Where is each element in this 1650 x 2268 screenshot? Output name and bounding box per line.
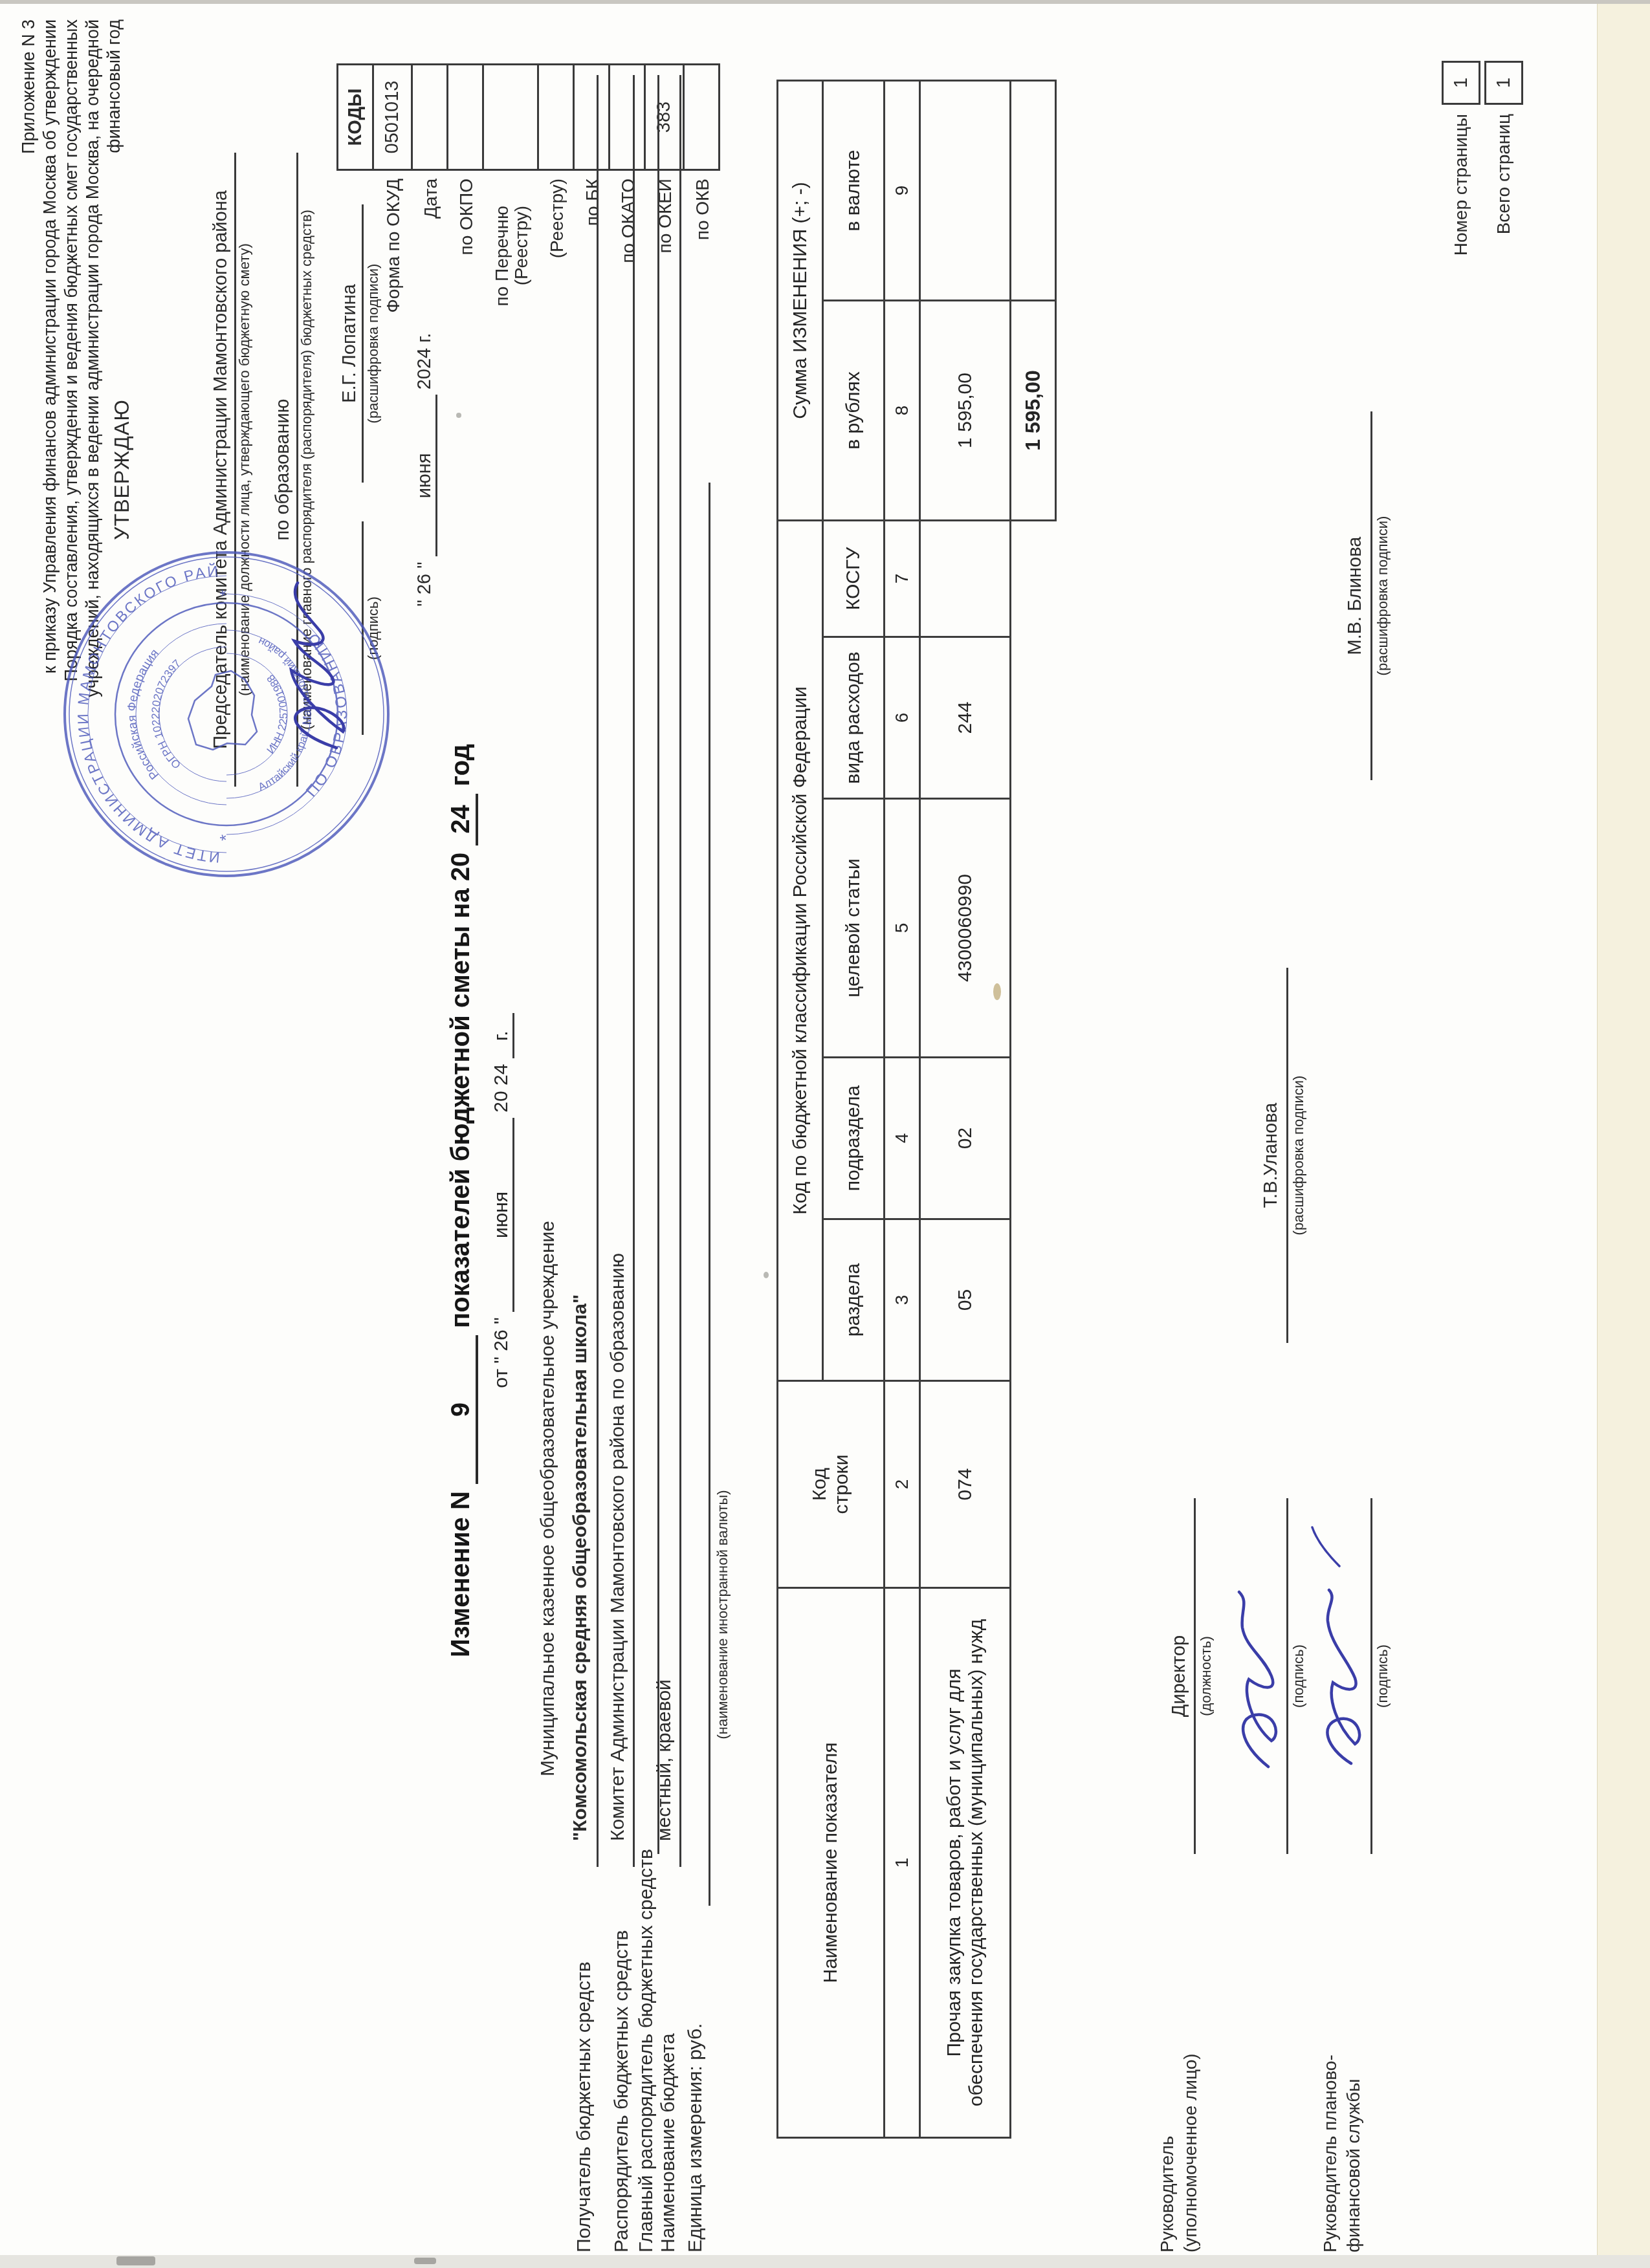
th-currency: в валюте (823, 81, 885, 301)
col-number: 2 (885, 1381, 920, 1588)
document-sheet: Приложение N 3 к приказу Управления фина… (0, 0, 1650, 2268)
fin-decode-caption: (расшифровка подписи) (1374, 411, 1391, 780)
total-pages-value: 1 (1484, 61, 1523, 105)
stamp-star-left: * (216, 834, 236, 841)
scan-speck (764, 1272, 769, 1278)
col-number: 8 (885, 301, 920, 521)
scan-edge-shadow (0, 2255, 1650, 2268)
title-year: 24 (446, 794, 478, 845)
appendix-line: к приказу Управления финансов администра… (39, 19, 61, 1067)
approval-date-day: " 26 " (414, 562, 435, 606)
codes-label-date: Дата (413, 171, 448, 361)
codes-label-reestr: (Реестру) (539, 171, 575, 361)
head-position-value: Директор (1169, 1498, 1190, 1854)
table-row: Прочая закупка товаров, работ и услуг дл… (920, 81, 1011, 2138)
th-vid: вида расходов (823, 637, 885, 799)
manager-value: Комитет Администрации Мамонтовского райо… (607, 1253, 629, 1841)
title-part2: показателей бюджетной сметы на 20 (446, 853, 475, 1328)
col-number: 5 (885, 799, 920, 1058)
budget-label: Наименование бюджета (657, 2033, 679, 2252)
unit-label: Единица измерения: руб. (685, 2023, 707, 2252)
cell-podrazdel: 02 (920, 1058, 1011, 1219)
codes-label-okud: Форма по ОКУД (374, 171, 413, 361)
fin-handwritten-signature (1306, 1582, 1374, 1776)
page-number-label: Номер страницы (1451, 105, 1471, 327)
approver-handwritten-signature (259, 567, 369, 761)
total-pages-label: Всего страниц (1493, 105, 1514, 327)
col-number: 3 (885, 1219, 920, 1381)
page-number-row: Номер страницы 1 (1442, 61, 1480, 327)
appendix-line: учреждений, находящихся в ведении админи… (82, 19, 104, 1067)
head-decode-caption: (расшифровка подписи) (1290, 968, 1307, 1343)
th-razdel: раздела (823, 1219, 885, 1381)
codes-label-bk: по БК (575, 171, 610, 361)
col-number: 4 (885, 1058, 920, 1219)
date-month: июня (490, 1118, 514, 1312)
th-podrazdel: подраздела (823, 1058, 885, 1219)
stamp-map-outline (188, 671, 257, 750)
th-target: целевой статьи (823, 799, 885, 1058)
codes-value-reestr (539, 63, 575, 171)
svg-text:ОГРН 1022202072397: ОГРН 1022202072397 (149, 657, 183, 771)
budget-value: местный, краевой (654, 1679, 676, 1841)
recipient-label: Получатель бюджетных средств (573, 1961, 595, 2252)
recipient-value-line2: "Комсомольская средняя общеобразовательн… (569, 1294, 591, 1841)
total-currency (1011, 81, 1056, 301)
unit-underline (709, 483, 710, 1906)
fin-sign-caption: (подпись) (1374, 1498, 1391, 1854)
scan-speck (993, 983, 1001, 1000)
manager-label: Распорядитель бюджетных средств (611, 1930, 633, 2252)
head-signer-label: Руководитель (уполномоченное лицо) (1156, 2053, 1202, 2252)
th-kbk-group: Код по бюджетной классификации Российско… (778, 521, 823, 1381)
th-rub: в рублях (823, 301, 885, 521)
appendix-line: Приложение N 3 (18, 19, 39, 1067)
col-number: 9 (885, 81, 920, 301)
chief-underline (657, 75, 659, 1854)
scan-edge-line (0, 0, 1650, 4)
scan-smudge (414, 2258, 436, 2264)
codes-value-okpo (448, 63, 484, 171)
approval-date-month: июня (414, 395, 437, 556)
codes-label-okv: по ОКВ (685, 171, 720, 361)
codes-table: КОДЫ Форма по ОКУД0501013 Дата по ОКПО п… (336, 63, 720, 361)
codes-value-okei: 383 (646, 63, 685, 171)
codes-value-okato (610, 63, 646, 171)
stray-pen-mark (1307, 1521, 1346, 1573)
col-number: 1 (885, 1588, 920, 2138)
total-row: 1 595,00 (1011, 81, 1056, 2138)
total-rub: 1 595,00 (1011, 301, 1056, 521)
col-number: 6 (885, 637, 920, 799)
th-kosgu: КОСГУ (823, 521, 885, 637)
stamp-star-right: * (216, 590, 236, 596)
title-part3: год (446, 744, 475, 786)
document-date-line: от " 26 " июня 20 24 г. (490, 295, 514, 2106)
scan-smudge (116, 2256, 155, 2265)
col-number: 7 (885, 521, 920, 637)
cell-razdel: 05 (920, 1219, 1011, 1381)
codes-value-okv (685, 63, 720, 171)
codes-value-perechen (484, 63, 539, 171)
total-pages-row: Всего страниц 1 (1484, 61, 1523, 327)
codes-value-bk (575, 63, 610, 171)
codes-value-okud: 0501013 (374, 63, 413, 171)
budget-table: Наименование показателя Код строки Код п… (776, 80, 1057, 2139)
page-number-value: 1 (1442, 61, 1480, 105)
head-name: Т.В.Уланова (1260, 968, 1282, 1343)
codes-label-okato: по ОКАТО (610, 171, 646, 361)
head-handwritten-signature (1220, 1582, 1291, 1776)
manager-underline (633, 75, 635, 1867)
cell-indicator: Прочая закупка товаров, работ и услуг дл… (920, 1588, 1011, 2138)
scanned-budget-document: { "appendix": { "line1": "Приложение N 3… (0, 0, 1650, 2268)
cell-target: 4300060990 (920, 799, 1011, 1058)
fin-name: М.В. Блинова (1345, 411, 1366, 780)
stamp-ogrn-text: ОГРН 1022202072397 (149, 657, 183, 771)
scan-edge-strip (1597, 0, 1650, 2268)
recipient-value-line1: Муниципальное казенное общеобразовательн… (537, 1221, 559, 1776)
th-line-code: Код строки (778, 1381, 885, 1588)
chief-label: Главный распорядитель бюджетных средств (635, 1849, 657, 2252)
head-sign-caption: (подпись) (1290, 1498, 1307, 1854)
cell-rub: 1 595,00 (920, 301, 1011, 521)
th-sum-group: Сумма ИЗМЕНЕНИЯ (+; -) (778, 81, 823, 521)
date-day: от " 26 " (490, 1317, 512, 1388)
title-part1: Изменение N (446, 1491, 475, 1657)
fin-signer-label: Руководитель планово- финансовой службы (1319, 2055, 1365, 2252)
head-decode-line (1286, 968, 1288, 1343)
codes-value-date (413, 63, 448, 171)
scan-speck (456, 413, 461, 418)
codes-label-okei: по ОКЕИ (646, 171, 685, 361)
appendix-line: Порядка составления, утверждения и веден… (61, 19, 82, 1067)
budget-underline (679, 75, 681, 1867)
cell-vid: 244 (920, 637, 1011, 799)
document-title: Изменение N 9 показателей бюджетной смет… (446, 295, 478, 2106)
th-indicator: Наименование показателя (778, 1588, 885, 2138)
fin-decode-line (1370, 411, 1372, 780)
position-caption: (должность) (1198, 1498, 1215, 1854)
position-line (1194, 1498, 1196, 1854)
cell-currency (920, 81, 1011, 301)
date-suffix: г. (490, 1013, 514, 1058)
title-change-number: 9 (446, 1335, 478, 1484)
codes-header: КОДЫ (336, 63, 374, 171)
appendix-note: Приложение N 3 к приказу Управления фина… (18, 19, 125, 1067)
recipient-underline (597, 75, 599, 1867)
date-year: 20 24 (490, 1064, 512, 1113)
cell-line-code: 074 (920, 1381, 1011, 1588)
cell-kosgu (920, 521, 1011, 637)
unit-caption: (наименование иностранной валюты) (714, 1324, 731, 1906)
